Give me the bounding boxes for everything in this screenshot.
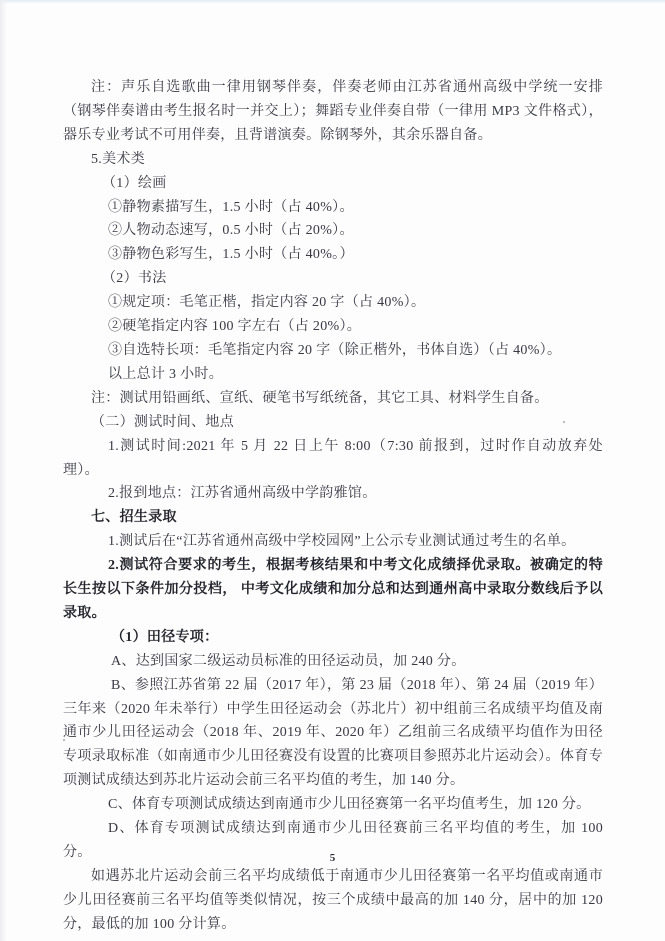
painting-croquis: ②人物动态速写，0.5 小时（占 20%）。 xyxy=(63,219,603,243)
item-1-track-field: （1）田径专项： xyxy=(63,626,603,650)
note-materials: 注：测试用铅画纸、宣纸、硬笔书写纸统备，其它工具、材料学生自备。 xyxy=(63,387,603,411)
painting-color: ③静物色彩写生，1.5 小时（占 40%。） xyxy=(63,243,603,267)
section-5-art: 5.美术类 xyxy=(63,148,603,172)
section-2-test-time-place: （二）测试时间、地点 xyxy=(63,411,603,435)
page-number: 5 xyxy=(0,852,665,864)
calligraphy-optional: ③自选特长项：毛笔指定内容 20 字（除正楷外，书体自选）（占 40%）。 xyxy=(63,339,603,363)
test-time: 1.测试时间:2021 年 5 月 22 日上午 8:00（7:30 前报到，过… xyxy=(63,435,603,483)
painting-sketch: ①静物素描写生，1.5 小时（占 40%）。 xyxy=(63,196,603,220)
document-body: 注：声乐自选歌曲一律用钢琴伴奏，伴奏老师由江苏省通州高级中学统一安排（钢琴伴奏谱… xyxy=(63,76,603,937)
section-7-admission: 七、招生录取 xyxy=(63,506,603,530)
bonus-b: B、参照江苏省第 22 届（2017 年），第 23 届（2018 年）、第 2… xyxy=(63,674,603,794)
item-1-painting: （1）绘画 xyxy=(63,172,603,196)
total-time: 以上总计 3 小时。 xyxy=(63,363,603,387)
note-similar-cases: 如遇苏北片运动会前三名平均成绩低于南通市少儿田径赛第一名平均值或南通市少儿田径赛… xyxy=(63,865,603,937)
item-2-calligraphy: （2）书法 xyxy=(63,267,603,291)
scan-top-edge xyxy=(0,0,665,4)
note-accompaniment: 注：声乐自选歌曲一律用钢琴伴奏，伴奏老师由江苏省通州高级中学统一安排（钢琴伴奏谱… xyxy=(63,76,603,148)
calligraphy-hardpen: ②硬笔指定内容 100 字左右（占 20%）。 xyxy=(63,315,603,339)
bonus-c: C、体育专项测试成绩达到南通市少儿田径赛第一名平均值考生，加 120 分。 xyxy=(63,793,603,817)
scan-left-edge xyxy=(0,0,7,941)
bonus-a: A、达到国家二级运动员标准的田径运动员，加 240 分。 xyxy=(63,650,603,674)
admission-1-publicity: 1.测试后在“江苏省通州高级中学校园网”上公示专业测试通过考生的名单。 xyxy=(63,530,603,554)
admission-2-selection: 2.测试符合要求的考生，根据考核结果和中考文化成绩择优录取。被确定的特长生按以下… xyxy=(63,554,603,626)
report-place: 2.报到地点：江苏省通州高级中学韵雅馆。 xyxy=(63,482,603,506)
calligraphy-required: ①规定项：毛笔正楷，指定内容 20 字（占 40%）。 xyxy=(63,291,603,315)
scanned-document-page: 注：声乐自选歌曲一律用钢琴伴奏，伴奏老师由江苏省通州高级中学统一安排（钢琴伴奏谱… xyxy=(0,0,665,941)
